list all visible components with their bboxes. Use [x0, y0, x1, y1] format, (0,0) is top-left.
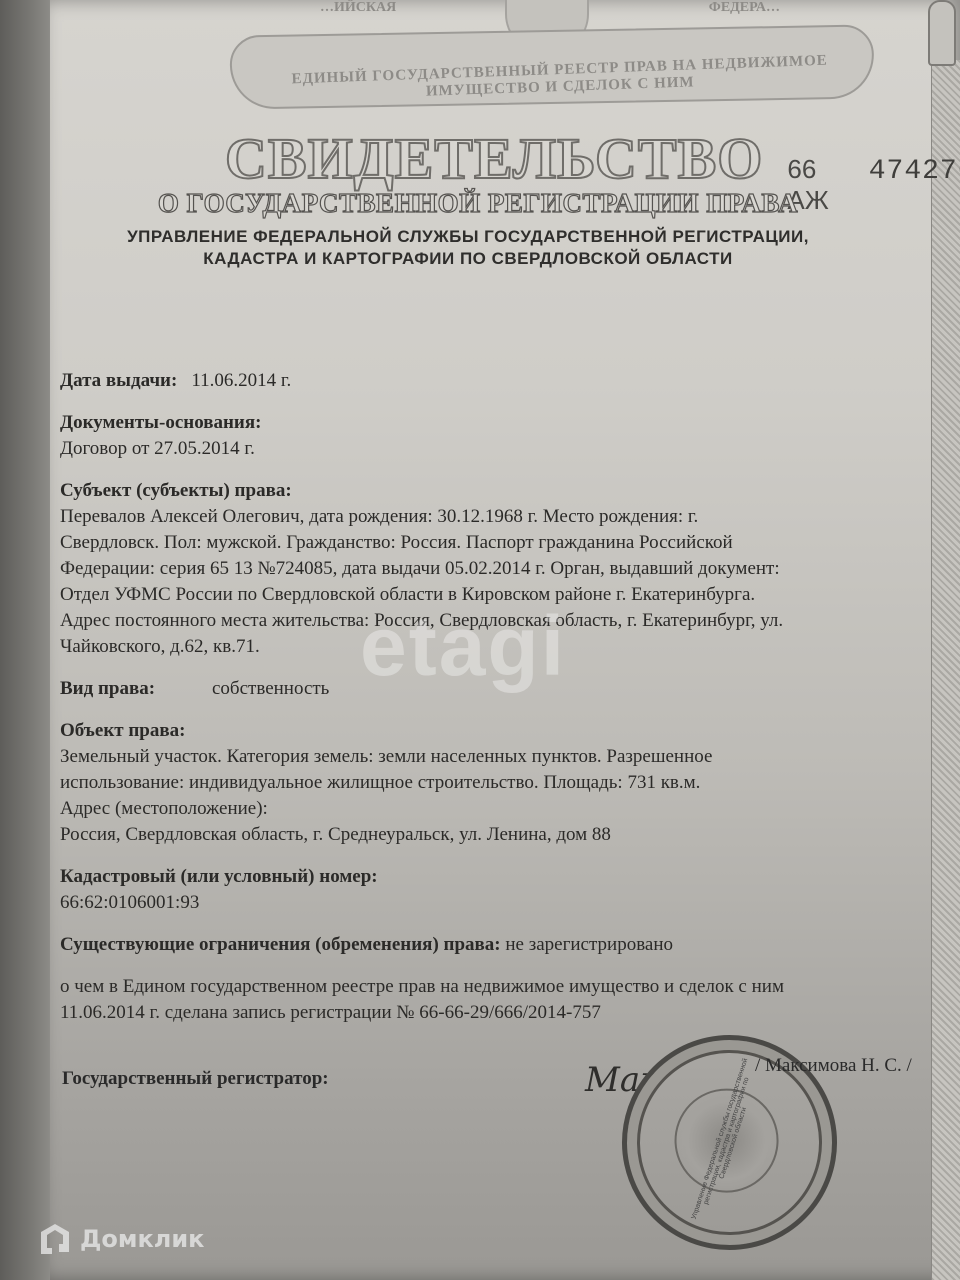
issue-date-value: 11.06.2014 г. [191, 368, 291, 394]
document-number: 474276 [869, 156, 960, 187]
registrar-name: / Максимова Н. С. / [755, 1055, 912, 1077]
object-line: Россия, Свердловская область, г. Среднеу… [60, 822, 860, 848]
issue-date-row: Дата выдачи: 11.06.2014 г. [60, 368, 860, 394]
object-label: Объект права: [60, 718, 860, 744]
basis-documents-label: Документы-основания: [60, 410, 860, 436]
encumbrances-row: Существующие ограничения (обременения) п… [60, 932, 860, 958]
domclick-watermark: Домклик [38, 1222, 204, 1256]
object-line: Адрес (местоположение): [60, 796, 860, 822]
banner-top-left: …ийская [320, 0, 396, 16]
domclick-label: Домклик [80, 1225, 204, 1253]
document-subtitle: о государственной регистрации права [88, 188, 868, 219]
domclick-logo-icon [38, 1222, 72, 1256]
certificate-body: Дата выдачи: 11.06.2014 г. Документы-осн… [60, 368, 860, 1026]
right-type-label: Вид права: [60, 676, 212, 702]
basis-documents-value: Договор от 27.05.2014 г. [60, 436, 860, 462]
registrar-label: Государственный регистратор: [62, 1068, 329, 1090]
subject-line: Федерации: серия 65 13 №724085, дата выд… [60, 556, 860, 582]
authority-line-1: Управление Федеральной службы государств… [88, 226, 848, 248]
encumbrances-value: не зарегистрировано [505, 934, 673, 955]
banner-top-right: Федера… [709, 0, 780, 16]
right-type-value: собственность [212, 676, 329, 702]
encumbrances-label: Существующие ограничения (обременения) п… [60, 934, 501, 955]
registry-record-line: 11.06.2014 г. сделана запись регистрации… [60, 1000, 860, 1026]
object-line: Земельный участок. Категория земель: зем… [60, 744, 860, 770]
object-line: использование: индивидуальное жилищное с… [60, 770, 860, 796]
authority-line-2: кадастра и картографии по Свердловской о… [88, 248, 848, 270]
subject-line: Свердловск. Пол: мужской. Гражданство: Р… [60, 530, 860, 556]
issuing-authority: Управление Федеральной службы государств… [88, 226, 848, 270]
issue-date-label: Дата выдачи: [60, 368, 177, 394]
header-banner: …ийская Федера… Единый государственный р… [200, 0, 900, 110]
registry-record-line: о чем в Едином государственном реестре п… [60, 974, 860, 1000]
cadastral-label: Кадастровый (или условный) номер: [60, 864, 860, 890]
subject-line: Перевалов Алексей Олегович, дата рождени… [60, 504, 860, 530]
ornament-icon [928, 0, 956, 66]
cadastral-value: 66:62:0106001:93 [60, 890, 860, 916]
ornamental-border [931, 60, 960, 1280]
etagi-watermark: etagi [360, 598, 566, 695]
subject-label: Субъект (субъекты) права: [60, 478, 860, 504]
document-title: Свидетельство [225, 125, 763, 192]
